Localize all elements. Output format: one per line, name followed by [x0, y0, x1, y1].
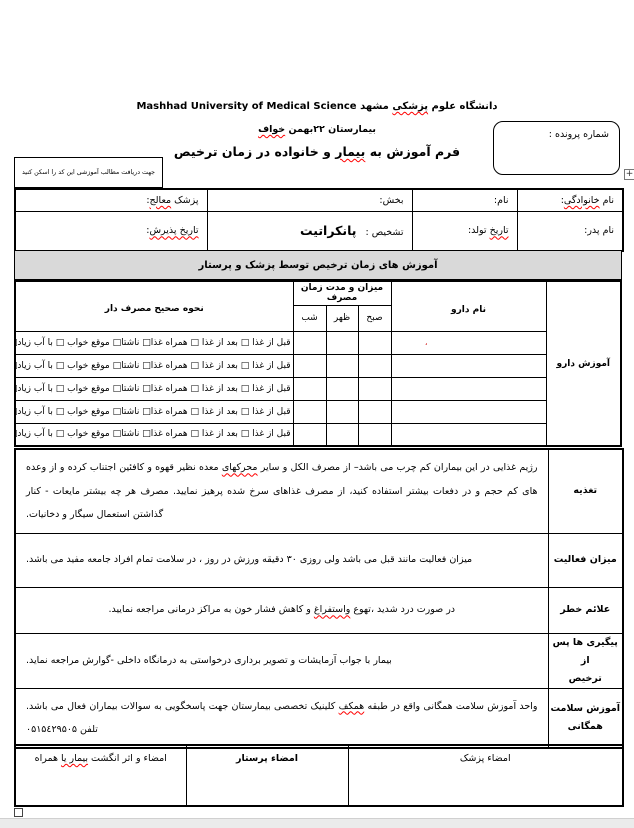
- danger-signs-text: در صورت درد شدید ،تهوع واستفراغ و کاهش ف…: [15, 587, 548, 633]
- danger-signs-label: علائم خطر: [548, 587, 623, 633]
- physician-signature-cell[interactable]: امضاء پزشک: [348, 745, 623, 806]
- hospital-name: بیمارستان ۲۲بهمن: [285, 124, 376, 135]
- medication-row: ، قبل از غذا □ بعد از غذا □ همراه غذا□ ن…: [15, 331, 621, 354]
- university-name-part: دانشگاه علوم: [428, 101, 497, 112]
- drug-name-column-header: نام دارو: [391, 281, 546, 331]
- patient-signature-label-part2: همراه: [35, 753, 61, 764]
- page-bottom-strip: [0, 818, 634, 828]
- activity-text: میزان فعالیت مانند قبل می باشد ولی روزی …: [15, 533, 548, 587]
- activity-section: میزان فعالیت میزان فعالیت مانند قبل می ب…: [15, 533, 623, 587]
- medication-row: قبل از غذا □ بعد از غذا □ همراه غذا□ ناش…: [15, 354, 621, 377]
- form-title-part: فرم آموزش به: [365, 144, 460, 159]
- usage-options-row[interactable]: قبل از غذا □ بعد از غذا □ همراه غذا□ ناش…: [15, 423, 293, 446]
- diagnosis-label: تشخیص :: [366, 227, 404, 238]
- followup-label-line2: ترخیص: [569, 673, 602, 684]
- drug-name-cell[interactable]: [391, 400, 546, 423]
- nutrition-text-spellcheck: محرکهای: [222, 462, 258, 473]
- drug-name-cell[interactable]: [391, 354, 546, 377]
- education-sections-table: تغذیه رژیم غذایی در این بیماران کم چرب م…: [14, 448, 624, 749]
- anchor-handle-icon: +: [624, 169, 634, 180]
- patient-info-table: نام خانوادگی: نام: بخش: پزشک معالج: نام …: [14, 188, 624, 252]
- last-name-field[interactable]: نام خانوادگی:: [517, 189, 623, 211]
- last-name-label: نام: [600, 195, 614, 206]
- first-name-label: نام:: [494, 195, 509, 206]
- dose-morning-cell[interactable]: [358, 331, 391, 354]
- father-name-label: نام پدر:: [584, 225, 614, 236]
- drug-name-cell[interactable]: [391, 423, 546, 446]
- medication-row: قبل از غذا □ بعد از غذا □ همراه غذا□ ناش…: [15, 400, 621, 423]
- patient-signature-cell[interactable]: امضاء و اثر انگشت بیمار یا همراه: [15, 745, 186, 806]
- medication-header-row1: آموزش دارو نام دارو میزان و مدت زمان مصر…: [15, 281, 621, 305]
- university-name-spellcheck: پزشکی: [392, 101, 428, 112]
- discharge-form-page: دانشگاه علوم پزشکی مشهد Mashhad Universi…: [0, 0, 634, 828]
- usage-options-row[interactable]: قبل از غذا □ بعد از غذا □ همراه غذا□ ناش…: [15, 400, 293, 423]
- father-name-field[interactable]: نام پدر:: [517, 211, 623, 251]
- dose-night-cell[interactable]: [293, 331, 326, 354]
- danger-text-part2: و کاهش فشار خون به مراکز درمانی مراجعه ن…: [108, 604, 313, 615]
- stray-red-mark: ،: [425, 338, 428, 347]
- dose-night-cell[interactable]: [293, 377, 326, 400]
- morning-column-header: صبح: [358, 305, 391, 331]
- public-health-text-part: واحد آموزش سلامت همگانی واقع در طبقه: [364, 701, 537, 712]
- nurse-signature-cell[interactable]: امضاء پرستار: [186, 745, 348, 806]
- birth-date-field[interactable]: تاریخ تولد:: [412, 211, 517, 251]
- birth-date-label: تولد:: [468, 225, 490, 236]
- diagnosis-field[interactable]: تشخیص : پانکراتیت: [207, 211, 412, 251]
- university-name-english: Mashhad University of Medical Science: [136, 101, 356, 112]
- qr-instruction-label: جهت دریافت مطالب آموزشی این کد را اسکن ک…: [22, 169, 155, 176]
- university-line: دانشگاه علوم پزشکی مشهد Mashhad Universi…: [0, 101, 634, 112]
- birth-date-label-spellcheck: تاریخ: [490, 225, 509, 236]
- dose-duration-column-header: میزان و مدت زمان مصرف: [293, 281, 391, 305]
- usage-options-row[interactable]: قبل از غذا □ بعد از غذا □ همراه غذا□ ناش…: [15, 354, 293, 377]
- patient-signature-label-spellcheck: بیمار یا: [61, 753, 88, 764]
- signatures-table: امضاء پزشک امضاء پرستار امضاء و اثر انگش…: [14, 744, 624, 807]
- admission-date-field[interactable]: تاریخ پذیرش:: [15, 211, 207, 251]
- public-health-label-line2: همگانی: [568, 721, 603, 732]
- university-city: مشهد: [357, 101, 393, 112]
- dose-noon-cell[interactable]: [326, 377, 358, 400]
- nutrition-text-part: رژیم غذایی در این بیماران کم چرب می باشد…: [258, 462, 538, 473]
- patient-info-row2: نام پدر: تاریخ تولد: تشخیص : پانکراتیت ت…: [15, 211, 623, 251]
- nurse-signature-label: امضاء پرستار: [236, 753, 298, 764]
- noon-column-header: ظهر: [326, 305, 358, 331]
- danger-text-spellcheck: واستفراغ: [314, 604, 350, 615]
- medication-row: قبل از غذا □ بعد از غذا □ همراه غذا□ ناش…: [15, 377, 621, 400]
- dose-morning-cell[interactable]: [358, 377, 391, 400]
- usage-options-row[interactable]: قبل از غذا □ بعد از غذا □ همراه غذا□ ناش…: [15, 377, 293, 400]
- dose-morning-cell[interactable]: [358, 400, 391, 423]
- dose-noon-cell[interactable]: [326, 400, 358, 423]
- medication-table: آموزش دارو نام دارو میزان و مدت زمان مصر…: [14, 280, 622, 447]
- qr-instruction-box: جهت دریافت مطالب آموزشی این کد را اسکن ک…: [14, 157, 163, 188]
- discharge-training-header: آموزش های زمان ترخیص توسط پزشک و پرستار: [14, 250, 622, 280]
- night-column-header: شب: [293, 305, 326, 331]
- followup-section: پیگیری ها پس از ترخیص بیمار با جواب آزما…: [15, 633, 623, 688]
- dose-night-cell[interactable]: [293, 423, 326, 446]
- ward-field[interactable]: بخش:: [207, 189, 412, 211]
- public-health-section: آموزش سلامت همگانی واحد آموزش سلامت همگا…: [15, 688, 623, 748]
- activity-label: میزان فعالیت: [548, 533, 623, 587]
- dose-noon-cell[interactable]: [326, 331, 358, 354]
- nutrition-label: تغذیه: [548, 449, 623, 533]
- last-name-label-spellcheck: خانوادگی: [564, 195, 600, 206]
- followup-text: بیمار با جواب آزمایشات و تصویر برداری در…: [15, 633, 548, 688]
- medication-row: قبل از غذا □ بعد از غذا □ همراه غذا□ ناش…: [15, 423, 621, 446]
- public-health-text: واحد آموزش سلامت همگانی واقع در طبقه همک…: [15, 688, 548, 748]
- nutrition-text: رژیم غذایی در این بیماران کم چرب می باشد…: [15, 449, 548, 533]
- dose-noon-cell[interactable]: [326, 354, 358, 377]
- danger-signs-section: علائم خطر در صورت درد شدید ،تهوع واستفرا…: [15, 587, 623, 633]
- followup-label: پیگیری ها پس از ترخیص: [548, 633, 623, 688]
- file-number-box[interactable]: شماره پرونده :: [493, 121, 620, 175]
- dose-noon-cell[interactable]: [326, 423, 358, 446]
- danger-text-part: در صورت درد شدید ،تهوع: [350, 604, 455, 615]
- ward-label: بخش:: [379, 195, 403, 206]
- dose-night-cell[interactable]: [293, 400, 326, 423]
- usage-method-column-header: نحوه صحیح مصرف دار: [15, 281, 293, 331]
- diagnosis-value: پانکراتیت: [300, 223, 362, 238]
- public-health-phone-number: ۰۵۱۵٤۲۹۵۰۵: [26, 724, 77, 735]
- physician-label: پزشک: [171, 195, 198, 206]
- discharge-training-header-label: آموزش های زمان ترخیص توسط پزشک و پرستار: [198, 260, 437, 271]
- dose-night-cell[interactable]: [293, 354, 326, 377]
- form-title-part2: و خانواده در زمان ترخیص: [174, 144, 335, 159]
- followup-label-line1: پیگیری ها پس از: [553, 637, 618, 666]
- physician-label-spellcheck: معالج: [150, 195, 172, 206]
- signatures-row: امضاء پزشک امضاء پرستار امضاء و اثر انگش…: [15, 745, 623, 806]
- stray-checkbox[interactable]: [14, 808, 23, 817]
- public-health-text-spellcheck: همکف: [339, 701, 365, 712]
- public-health-label-line1: آموزش سلامت: [551, 703, 620, 714]
- drug-name-cell[interactable]: [391, 377, 546, 400]
- dose-morning-cell[interactable]: [358, 354, 391, 377]
- attending-physician-field[interactable]: پزشک معالج:: [15, 189, 207, 211]
- public-health-label: آموزش سلامت همگانی: [548, 688, 623, 748]
- drug-name-cell[interactable]: ،: [391, 331, 546, 354]
- nutrition-section: تغذیه رژیم غذایی در این بیماران کم چرب م…: [15, 449, 623, 533]
- patient-signature-label: امضاء و اثر انگشت: [88, 753, 167, 764]
- first-name-field[interactable]: نام:: [412, 189, 517, 211]
- admission-date-label-spellcheck: تاریخ پذیرش: [149, 225, 198, 236]
- form-title-spellcheck: بیمار: [335, 144, 365, 159]
- hospital-name-spellcheck: خواف: [258, 124, 285, 135]
- physician-signature-label: امضاء پزشک: [460, 753, 511, 764]
- drug-education-row-label: آموزش دارو: [546, 281, 621, 446]
- usage-options-row[interactable]: قبل از غذا □ بعد از غذا □ همراه غذا□ ناش…: [15, 331, 293, 354]
- file-number-label: شماره پرونده :: [494, 122, 619, 140]
- dose-morning-cell[interactable]: [358, 423, 391, 446]
- patient-info-row1: نام خانوادگی: نام: بخش: پزشک معالج:: [15, 189, 623, 211]
